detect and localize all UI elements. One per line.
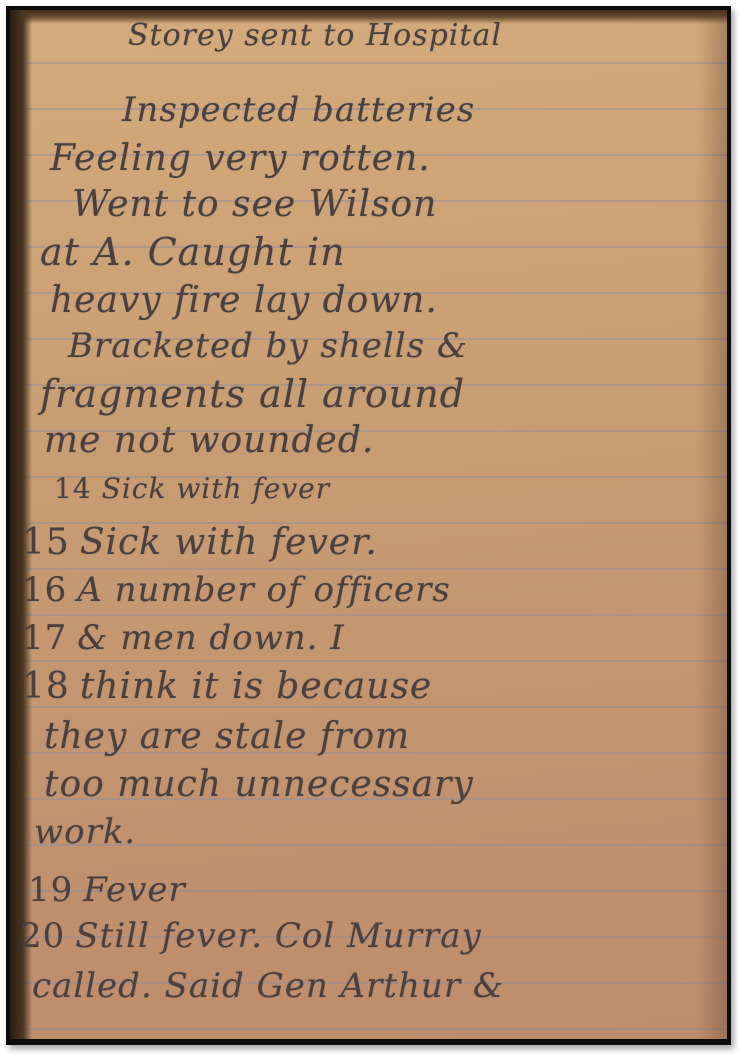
entry-date: 20 [20, 916, 65, 956]
diary-line: they are stale from [44, 716, 410, 757]
diary-line: heavy fire lay down. [50, 280, 438, 321]
diary-line: Feeling very rotten. [50, 138, 431, 179]
diary-line: me not wounded. [44, 420, 374, 461]
diary-line: Inspected batteries [122, 90, 475, 130]
entry-date: 19 [28, 870, 73, 910]
diary-line: called. Said Gen Arthur & [32, 966, 504, 1006]
diary-entry-16: 16A number of officers [22, 570, 451, 610]
diary-entry-15: 15Sick with fever. [22, 522, 378, 563]
page-right-shade [697, 10, 727, 1039]
diary-entry-20: 20Still fever. Col Murray [20, 916, 482, 956]
diary-page-photo: Storey sent to Hospital Inspected batter… [10, 10, 727, 1039]
entry-date: 16 [22, 570, 67, 610]
entry-date: 14 [54, 472, 92, 505]
diary-entry-14: 14Sick with fever [54, 472, 330, 505]
diary-line: Storey sent to Hospital [128, 18, 502, 53]
diary-entry-19: 19Fever [28, 870, 186, 910]
diary-line: work. [34, 812, 136, 852]
diary-line: at A. Caught in [40, 230, 346, 274]
entry-date: 17 [22, 618, 67, 658]
diary-line: fragments all around [40, 372, 465, 416]
entry-date: 15 [22, 522, 70, 563]
diary-line: Went to see Wilson [72, 184, 437, 225]
entry-date: 18 [22, 666, 70, 707]
diary-entry-17: 17& men down. I [22, 618, 345, 658]
diary-line: too much unnecessary [44, 764, 474, 805]
photo-frame: Storey sent to Hospital Inspected batter… [6, 6, 731, 1045]
diary-entry-18: 18think it is because [22, 666, 432, 707]
diary-line: Bracketed by shells & [68, 326, 468, 366]
